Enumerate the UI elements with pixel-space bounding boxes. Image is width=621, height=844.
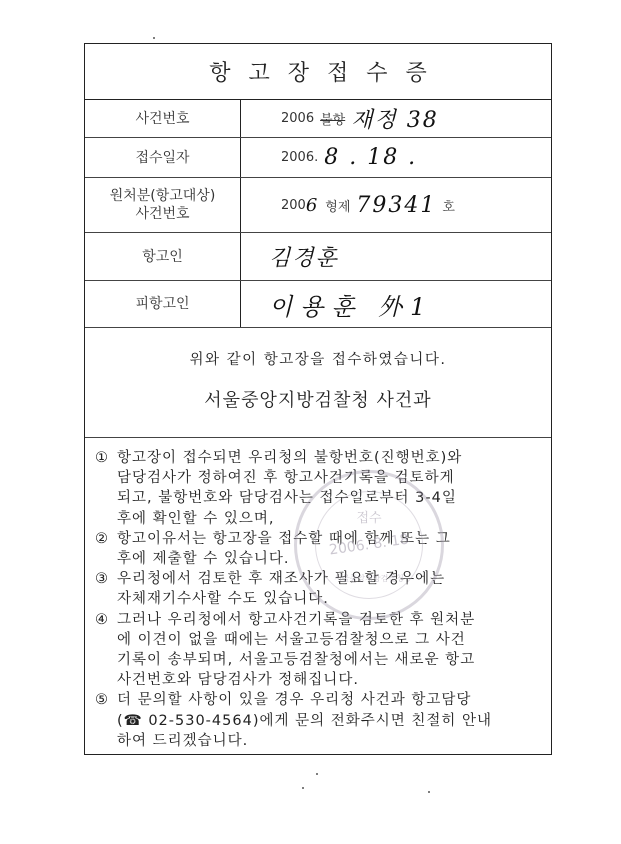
note-text: 더 문의할 사항이 있을 경우 우리청 사건과 항고담당 (☎ 02-530-4…	[117, 690, 537, 751]
field-label: 원처분(항고대상) 사건번호	[85, 178, 241, 232]
notes-section: ① 항고장이 접수되면 우리청의 불항번호(진행번호)와 담당검사가 정하여진 …	[85, 438, 551, 751]
field-row-original-case-number: 원처분(항고대상) 사건번호 200 6 형제 79341 호	[85, 178, 551, 233]
field-label: 접수일자	[85, 138, 241, 177]
handwritten-original-number: 79341	[356, 193, 436, 218]
field-row-case-number: 사건번호 2006 불항 재정 38	[85, 100, 551, 138]
note-number: ②	[95, 529, 117, 569]
printed-suffix: 호	[442, 196, 455, 215]
field-value-original-case-number: 200 6 형제 79341 호	[241, 178, 551, 232]
handwritten-respondent-name: 이용훈 外1	[269, 287, 433, 322]
printed-year-prefix: 200	[281, 198, 306, 213]
printed-year: 2006.	[281, 150, 318, 165]
handwritten-appellant-name: 김경훈	[269, 241, 339, 272]
struck-text: 불항	[320, 109, 345, 128]
field-value-appellant: 김경훈	[241, 233, 551, 280]
confirmation-section: 위와 같이 항고장을 접수하였습니다. 서울중앙지방검찰청 사건과	[85, 328, 551, 438]
note-item: ③ 우리청에서 검토한 후 재조사가 필요할 경우에는 자체재기수사할 수도 있…	[95, 569, 537, 609]
field-row-respondent: 피항고인 이용훈 外1	[85, 281, 551, 328]
confirmation-text: 위와 같이 항고장을 접수하였습니다.	[85, 348, 551, 369]
field-label-line2: 사건번호	[110, 205, 216, 223]
scan-speck	[302, 787, 304, 789]
scan-speck	[316, 773, 318, 775]
note-number: ⑤	[95, 690, 117, 751]
field-label: 사건번호	[85, 100, 241, 137]
handwritten-year-digit: 6	[306, 195, 319, 216]
note-number: ③	[95, 569, 117, 609]
issuer-name: 서울중앙지방검찰청 사건과	[85, 386, 551, 412]
scan-speck	[428, 791, 430, 793]
field-label-line1: 원처분(항고대상)	[110, 187, 216, 205]
note-text: 항고장이 접수되면 우리청의 불항번호(진행번호)와 담당검사가 정하여진 후 …	[117, 448, 537, 529]
note-item: ② 항고이유서는 항고장을 접수할 때에 함께 또는 그 후에 제출할 수 있습…	[95, 529, 537, 569]
printed-year: 2006	[281, 111, 314, 126]
note-item: ⑤ 더 문의할 사항이 있을 경우 우리청 사건과 항고담당 (☎ 02-530…	[95, 690, 537, 751]
note-text: 우리청에서 검토한 후 재조사가 필요할 경우에는 자체재기수사할 수도 있습니…	[117, 569, 537, 609]
appeal-receipt-form: 항고장접수증 사건번호 2006 불항 재정 38 접수일자 2006. 8 .…	[84, 43, 552, 755]
scanned-page: 항고장접수증 사건번호 2006 불항 재정 38 접수일자 2006. 8 .…	[0, 0, 621, 844]
scan-speck	[153, 37, 155, 39]
printed-case-type: 형제	[325, 196, 350, 215]
field-row-receipt-date: 접수일자 2006. 8 . 18 .	[85, 138, 551, 178]
handwritten-date: 8 . 18 .	[324, 145, 417, 170]
document-title: 항고장접수증	[191, 56, 445, 87]
note-text: 항고이유서는 항고장을 접수할 때에 함께 또는 그 후에 제출할 수 있습니다…	[117, 529, 537, 569]
field-row-appellant: 항고인 김경훈	[85, 233, 551, 281]
field-value-receipt-date: 2006. 8 . 18 .	[241, 138, 551, 177]
note-number: ①	[95, 448, 117, 529]
note-item: ① 항고장이 접수되면 우리청의 불항번호(진행번호)와 담당검사가 정하여진 …	[95, 448, 537, 529]
field-label: 항고인	[85, 233, 241, 280]
note-number: ④	[95, 610, 117, 691]
note-item: ④ 그러나 우리청에서 항고사건기록을 검토한 후 원처분 에 이견이 없을 때…	[95, 610, 537, 691]
handwritten-case-number: 재정 38	[351, 103, 439, 134]
title-row: 항고장접수증	[85, 44, 551, 100]
field-value-case-number: 2006 불항 재정 38	[241, 100, 551, 137]
field-label: 피항고인	[85, 281, 241, 327]
field-value-respondent: 이용훈 外1	[241, 281, 551, 327]
note-text: 그러나 우리청에서 항고사건기록을 검토한 후 원처분 에 이견이 없을 때에는…	[117, 610, 537, 691]
